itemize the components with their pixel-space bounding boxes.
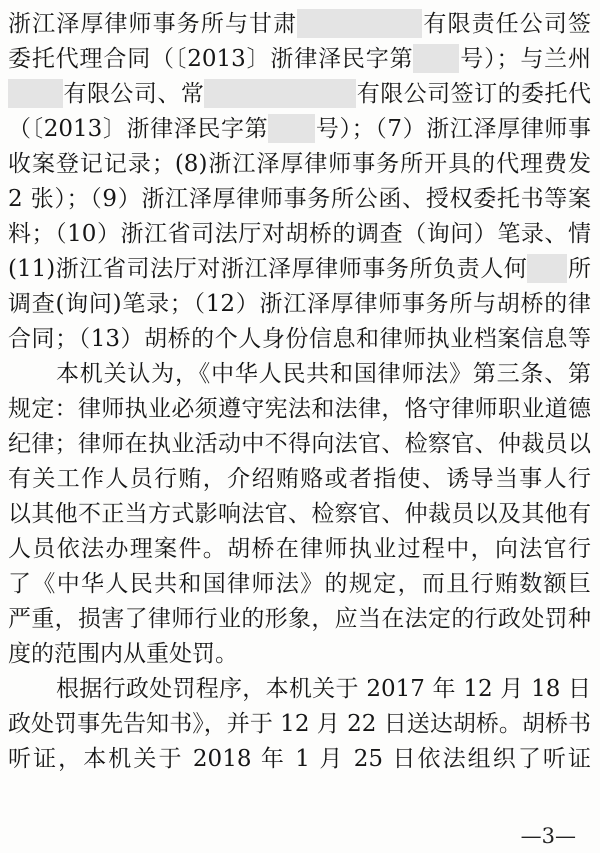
- text-line: 收案登记记录；(8)浙江泽厚律师事务所开具的代理费发票(共: [8, 147, 591, 182]
- text-segment: 度的范围内从重处罚。: [8, 641, 238, 667]
- text-line: 人员依法办理案件。胡桥在律师执业过程中，向法官行贿，违反: [8, 532, 591, 567]
- text-line: 有关工作人员行贿，介绍贿赂或者指使、诱导当事人行贿，或者: [8, 462, 591, 497]
- text-line: 料；（10）浙江省司法厅对胡桥的调查（询问）笔录、情况记录；: [8, 217, 591, 252]
- redaction-box: [413, 44, 459, 73]
- text-line: 度的范围内从重处罚。: [8, 637, 591, 672]
- text-line: 以其他不正当方式影响法官、检察官、仲裁员以及其他有关工作: [8, 497, 591, 532]
- text-line: (11)浙江省司法厅对浙江泽厚律师事务所负责人何所作的: [8, 252, 591, 287]
- text-segment: 纪律；律师在执业活动中不得向法官、检察官、仲裁员以及其他: [8, 431, 591, 462]
- redaction-box: [204, 79, 356, 108]
- text-segment: 2 张）；（9）浙江泽厚律师事务所公函、授权委托书等案卷材: [8, 186, 591, 217]
- redaction-box: [8, 79, 63, 108]
- text-line: （〔2013〕浙律泽民字第号）；（7）浙江泽厚律师事务所: [8, 112, 591, 147]
- text-segment: 收案登记记录；(8)浙江泽厚律师事务所开具的代理费发票(共: [8, 151, 591, 182]
- redaction-box: [268, 114, 315, 143]
- text-line: 了《中华人民共和国律师法》的规定，而且行贿数额巨大，情节: [8, 567, 591, 602]
- text-segment: 人员依法办理案件。胡桥在律师执业过程中，向法官行贿，违反: [8, 536, 591, 567]
- text-line: 调查(询问)笔录；（12）浙江泽厚律师事务所与胡桥的律师聘用: [8, 287, 591, 322]
- text-line: 严重，损害了律师行业的形象，应当在法定的行政处罚种类及幅: [8, 602, 591, 637]
- text-segment: 委托代理合同（〔2013〕浙律泽民字第: [8, 46, 413, 72]
- text-line: 本机关认为，《中华人民共和国律师法》第三条、第四十条: [8, 357, 591, 392]
- text-segment: 了《中华人民共和国律师法》的规定，而且行贿数额巨大，情节: [8, 571, 591, 602]
- text-line: 2 张）；（9）浙江泽厚律师事务所公函、授权委托书等案卷材: [8, 182, 591, 217]
- text-segment: 以其他不正当方式影响法官、检察官、仲裁员以及其他有关工作: [8, 501, 591, 532]
- text-segment: 浙江泽厚律师事务所与甘肃: [8, 11, 297, 37]
- text-segment: (11)浙江省司法厅对浙江泽厚律师事务所负责人何: [8, 256, 527, 282]
- redaction-box: [527, 254, 567, 283]
- text-segment: 政处罚事先告知书》，并于 12 月 22 日送达胡桥。胡桥书面要求: [8, 711, 591, 742]
- text-line: 政处罚事先告知书》，并于 12 月 22 日送达胡桥。胡桥书面要求: [8, 707, 591, 742]
- text-segment: 料；（10）浙江省司法厅对胡桥的调查（询问）笔录、情况记录；: [8, 221, 591, 252]
- text-line: 规定：律师执业必须遵守宪法和法律，恪守律师职业道德和执业: [8, 392, 591, 427]
- text-segment: 听证，本机关于 2018 年 1 月 25 日依法组织了听证会，听取胡桥: [8, 746, 591, 777]
- text-segment: 严重，损害了律师行业的形象，应当在法定的行政处罚种类及幅: [8, 606, 591, 637]
- text-line: 有限公司、常有限公司签订的委托代理合同: [8, 77, 591, 112]
- text-segment: 有关工作人员行贿，介绍贿赂或者指使、诱导当事人行贿，或者: [8, 466, 591, 497]
- text-line: 根据行政处罚程序，本机关于 2017 年 12 月 18 日作出《行: [8, 672, 591, 707]
- text-segment: 有限公司、常: [63, 81, 204, 107]
- text-line: 浙江泽厚律师事务所与甘肃有限责任公司签订的: [8, 7, 591, 42]
- redaction-box: [297, 9, 422, 38]
- text-line: 听证，本机关于 2018 年 1 月 25 日依法组织了听证会，听取胡桥: [8, 742, 591, 777]
- text-line: 纪律；律师在执业活动中不得向法官、检察官、仲裁员以及其他: [8, 427, 591, 462]
- text-line: 合同；（13）胡桥的个人身份信息和律师执业档案信息等材料。: [8, 322, 591, 357]
- text-line: 委托代理合同（〔2013〕浙律泽民字第号）；与兰州常: [8, 42, 591, 77]
- text-segment: 根据行政处罚程序，本机关于 2017 年 12 月 18 日作出《行: [8, 676, 591, 707]
- document-body: 浙江泽厚律师事务所与甘肃有限责任公司签订的委托代理合同（〔2013〕浙律泽民字第…: [8, 7, 591, 777]
- text-segment: 规定：律师执业必须遵守宪法和法律，恪守律师职业道德和执业: [8, 396, 591, 427]
- page-number: —3—: [521, 824, 576, 848]
- document-page: 浙江泽厚律师事务所与甘肃有限责任公司签订的委托代理合同（〔2013〕浙律泽民字第…: [0, 0, 600, 853]
- text-segment: 本机关认为，《中华人民共和国律师法》第三条、第四十条: [8, 361, 591, 392]
- text-segment: 合同；（13）胡桥的个人身份信息和律师执业档案信息等材料。: [8, 326, 591, 357]
- text-segment: 调查(询问)笔录；（12）浙江泽厚律师事务所与胡桥的律师聘用: [8, 291, 591, 322]
- text-segment: （〔2013〕浙律泽民字第: [8, 116, 268, 142]
